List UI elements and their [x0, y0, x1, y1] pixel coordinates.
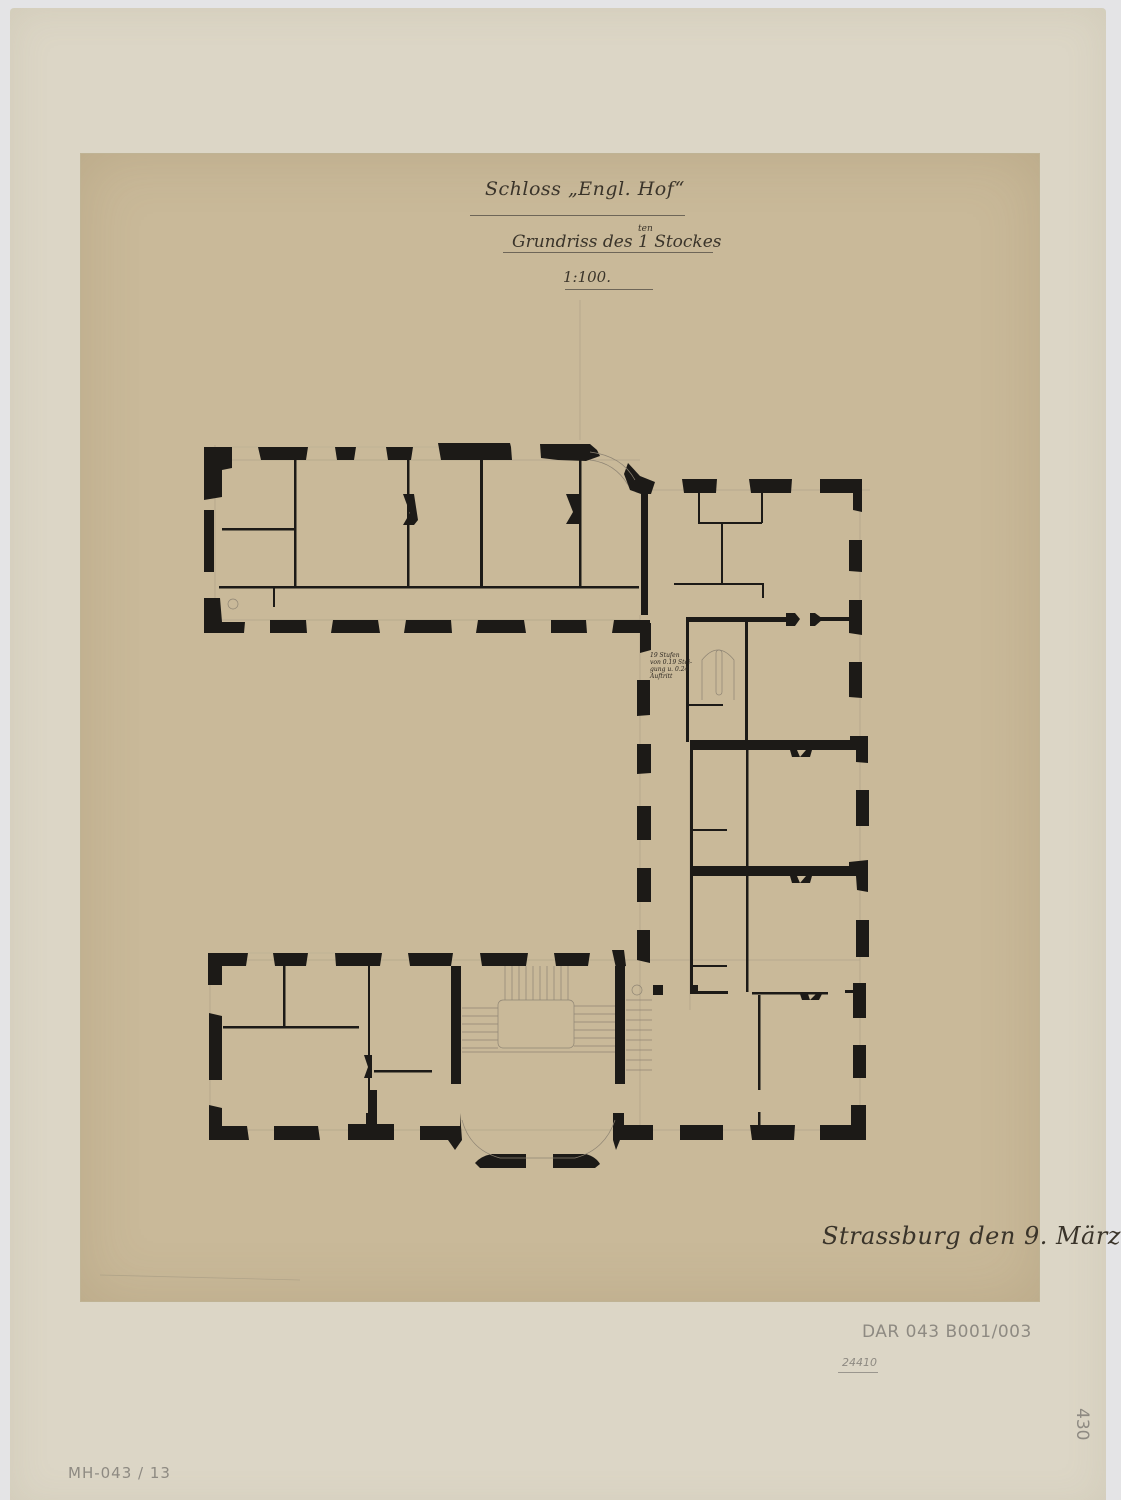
wall-corner-se [820, 1105, 866, 1140]
title-underline [470, 215, 685, 216]
fireplace [403, 494, 418, 525]
drawing-subtitle: Grundriss des 1 Stockes [512, 232, 722, 252]
place-date-signature: Strassburg den 9. März. 07 [822, 1222, 1121, 1250]
fireplace [566, 494, 581, 524]
subtitle-underline [503, 252, 713, 253]
drawing-title: Schloss „Engl. Hof“ [485, 178, 685, 200]
subtitle-superscript: ten [638, 224, 653, 234]
scale-underline [565, 289, 653, 290]
wall-corner-sw [208, 953, 248, 985]
inventory-number: 24410 [842, 1356, 877, 1369]
shelf-mark: MH-043 / 13 [68, 1464, 171, 1482]
drawing-scale: 1:100. [563, 268, 611, 286]
walls [204, 443, 869, 1168]
wall-corner-round [624, 463, 655, 494]
floor-plan [0, 0, 1121, 1500]
page-number: 430 [1072, 1408, 1092, 1440]
catalog-number: DAR 043 B001/003 [862, 1322, 1032, 1342]
inventory-underline [838, 1372, 878, 1373]
stair-note: 19 Stufen von 0.19 Stei- gung u. 0.24 Au… [650, 652, 692, 680]
wall-thick [690, 740, 850, 750]
wall-corner-nw [204, 447, 232, 500]
bay-wall [475, 1154, 526, 1168]
wall-stair [451, 966, 461, 1084]
